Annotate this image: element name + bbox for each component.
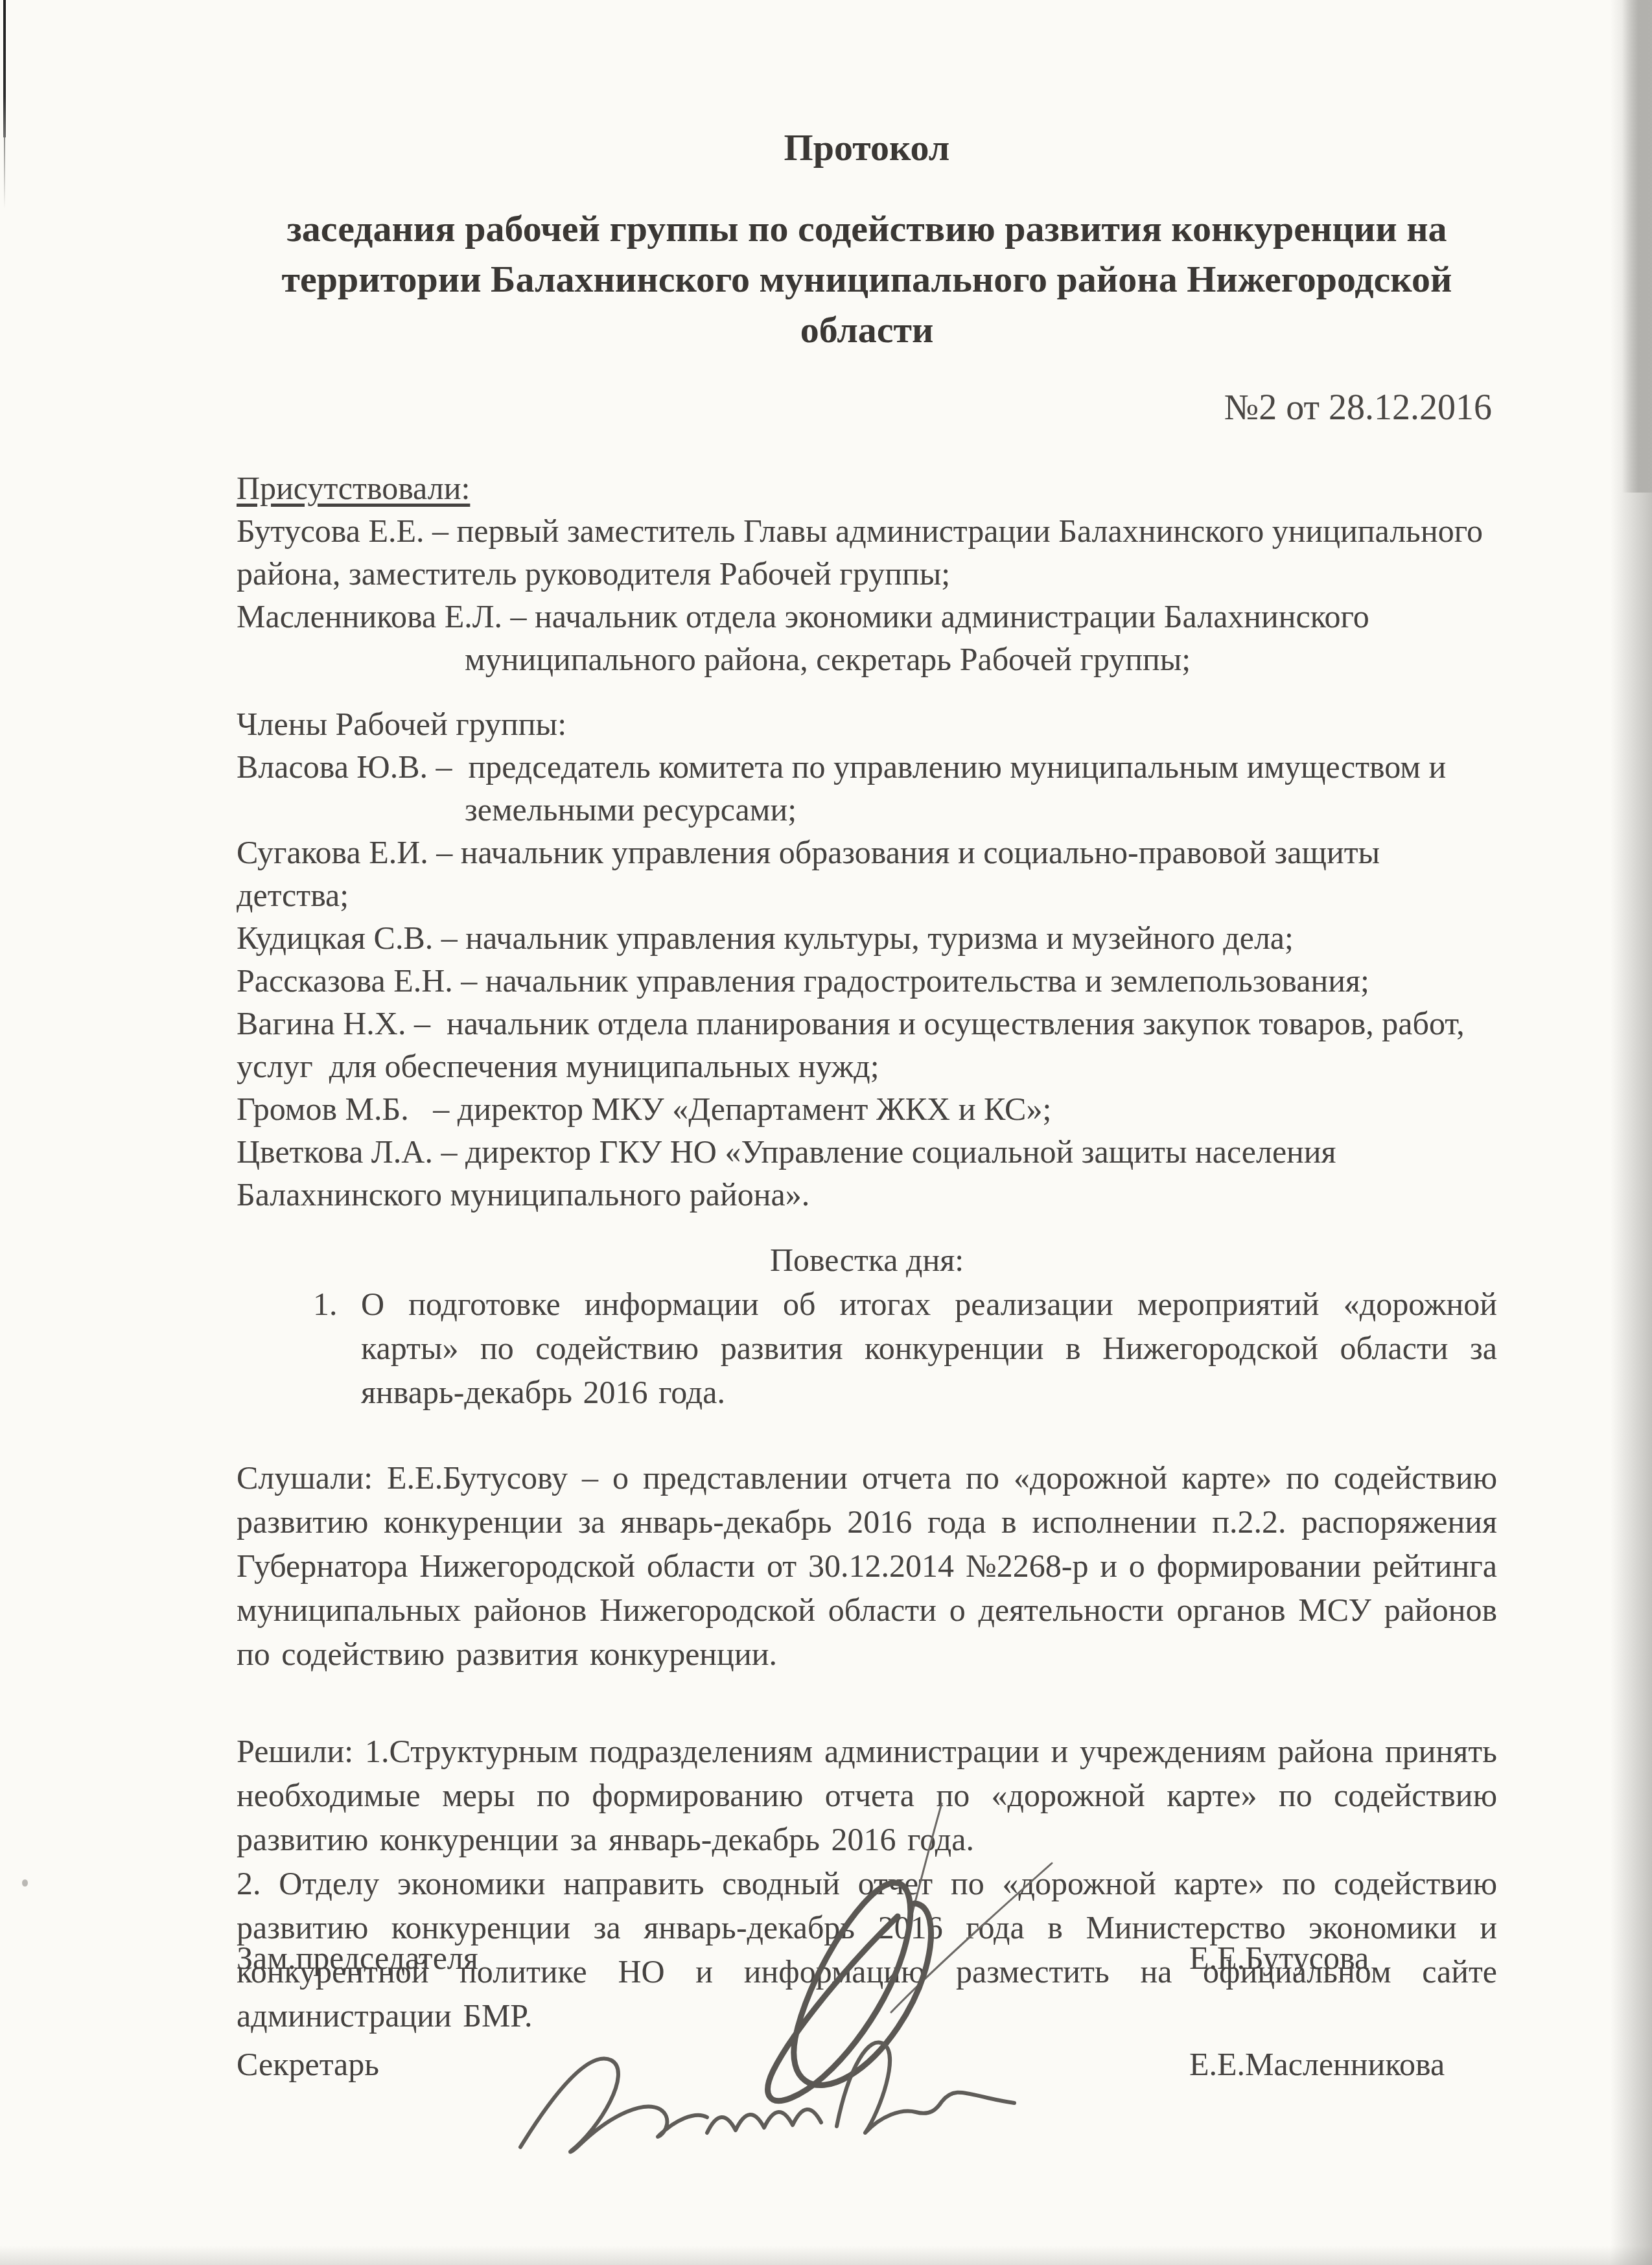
document-number-date: №2 от 28.12.2016 xyxy=(237,385,1497,430)
signature-role-deputy-chair: Зам.председателя xyxy=(237,1940,478,1976)
agenda-item-number: 1. xyxy=(313,1282,361,1414)
member-line: Громов М.Б. – директор МКУ «Департамент … xyxy=(237,1087,1497,1130)
document-title: Протокол xyxy=(237,123,1497,172)
agenda-item-text: О подготовке информации об итогах реализ… xyxy=(361,1282,1497,1414)
document-body: Протокол заседания рабочей группы по сод… xyxy=(237,123,1497,2038)
members-list: Власова Ю.В. – председатель комитета по … xyxy=(237,745,1497,1216)
scan-edge-band-right xyxy=(1611,0,1652,2265)
scan-speck xyxy=(22,1879,28,1887)
heard-paragraph: Слушали: Е.Е.Бутусову – о представлении … xyxy=(237,1456,1497,1676)
signature-name-maslennikova: Е.Е.Масленникова xyxy=(1189,2043,1445,2085)
signature-role-secretary: Секретарь xyxy=(237,2046,379,2082)
agenda-heading: Повестка дня: xyxy=(237,1238,1497,1282)
agenda-item: 1. О подготовке информации об итогах реа… xyxy=(313,1282,1497,1414)
member-line: Цветкова Л.А. – директор ГКУ НО «Управле… xyxy=(237,1130,1497,1173)
signature-row-secretary: Секретарь Е.Е.Масленникова xyxy=(237,2043,1497,2085)
scan-edge-line-left xyxy=(3,0,6,137)
member-line: Власова Ю.В. – председатель комитета по … xyxy=(237,745,1497,788)
attendee-line: Бутусова Е.Е. – первый заместитель Главы… xyxy=(237,509,1497,552)
scan-shade-bottom xyxy=(0,2246,1652,2265)
signature-row-deputy-chair: Зам.председателя Е.Е.Бутусова xyxy=(237,1936,1497,1979)
member-line: Сугакова Е.И. – начальник управления обр… xyxy=(237,831,1497,874)
member-line: Рассказова Е.Н. – начальник управления г… xyxy=(237,959,1497,1002)
document-subtitle: заседания рабочей группы по содействию р… xyxy=(237,203,1497,355)
member-line: Балахнинского муниципального района». xyxy=(237,1173,1497,1216)
attendees-list: Бутусова Е.Е. – первый заместитель Главы… xyxy=(237,509,1497,680)
attendee-line: Масленникова Е.Л. – начальник отдела эко… xyxy=(237,595,1497,638)
member-line: детства; xyxy=(237,874,1497,916)
member-line: Кудицкая С.В. – начальник управления кул… xyxy=(237,916,1497,959)
resolved-paragraph-1: Решили: 1.Структурным подразделениям адм… xyxy=(237,1729,1497,1861)
member-line: Вагина Н.Х. – начальник отдела планирова… xyxy=(237,1002,1497,1045)
scan-edge-line-left-faint xyxy=(4,137,5,209)
scanned-protocol-page: Протокол заседания рабочей группы по сод… xyxy=(0,0,1652,2265)
members-block: Члены Рабочей группы: Власова Ю.В. – пре… xyxy=(237,703,1497,1216)
scan-edge-band-right-top xyxy=(1622,0,1652,493)
member-line: услуг для обеспечения муниципальных нужд… xyxy=(237,1045,1497,1087)
members-heading: Члены Рабочей группы: xyxy=(237,703,1497,745)
attendee-line: района, заместитель руководителя Рабочей… xyxy=(237,552,1497,595)
signature-name-butusova: Е.Е.Бутусова xyxy=(1189,1936,1369,1979)
attendee-line: муниципального района, секретарь Рабочей… xyxy=(237,638,1497,680)
attendees-heading: Присутствовали: xyxy=(237,467,1497,509)
member-line: земельными ресурсами; xyxy=(237,788,1497,831)
